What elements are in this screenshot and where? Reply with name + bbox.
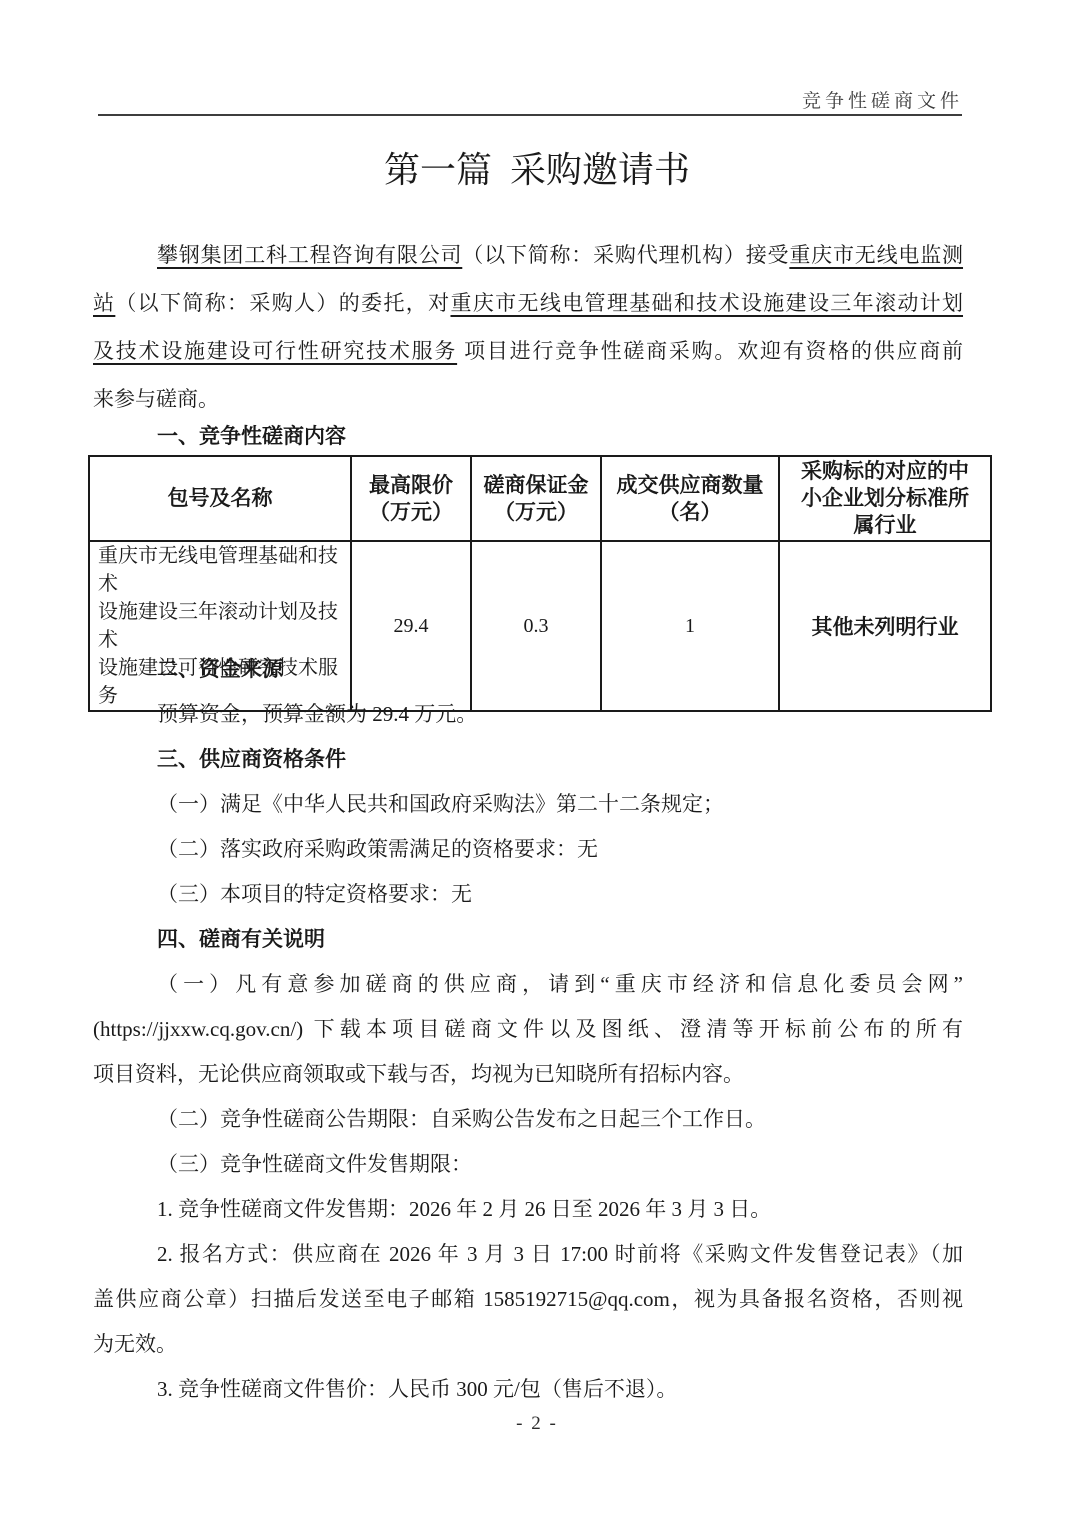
text-run: 项目资料，无论供应商领取或下载与否，均视为已知晓所有招标内容。 [93,1062,744,1086]
text-line: 项目资料，无论供应商领取或下载与否，均视为已知晓所有招标内容。 [93,1052,963,1097]
cell-line: （名） [610,499,770,526]
cell-line: 属行业 [788,512,982,539]
text-line: 及技术设施建设可行性研究技术服务 项目进行竞争性磋商采购。欢迎有资格的供应商前 [93,327,963,375]
table-header-row: 包号及名称 最高限价（万元） 磋商保证金（万元） 成交供应商数量（名） 采购标的… [89,456,991,541]
text-run: （一）凡有意参加磋商的供应商，请到“重庆市经济和信息化委员会网” [157,972,963,996]
header-cell-max-price: 最高限价（万元） [351,456,471,541]
page-title: 第一篇 采购邀请书 [0,142,1074,193]
text-run: 3. 竞争性磋商文件售价：人民币 300 元/包（售后不退）。 [157,1377,677,1401]
intro-paragraph: 攀钢集团工科工程咨询有限公司（以下简称：采购代理机构）接受重庆市无线电监测站（以… [93,231,963,423]
page-number: - 2 - [0,1412,1074,1436]
text-line: 攀钢集团工科工程咨询有限公司（以下简称：采购代理机构）接受重庆市无线电监测 [93,231,963,279]
text-line: 盖供应商公章）扫描后发送至电子邮箱 1585192715@qq.com，视为具备… [93,1277,963,1322]
running-header: 竞争性磋商文件 [802,86,963,113]
text-line: （三）本项目的特定资格要求：无 [93,872,963,917]
header-cell-package-name: 包号及名称 [89,456,351,541]
document-page: 竞争性磋商文件 第一篇 采购邀请书 攀钢集团工科工程咨询有限公司（以下简称：采购… [0,0,1074,1520]
text-line: （二）落实政府采购政策需满足的资格要求：无 [93,827,963,872]
header-cell-industry: 采购标的对应的中小企业划分标准所属行业 [779,456,991,541]
text-run: 2. 报名方式：供应商在 2026 年 3 月 3 日 17:00 时前将《采购… [157,1242,963,1266]
header-cell-deposit: 磋商保证金（万元） [471,456,601,541]
text-run: 盖供应商公章）扫描后发送至电子邮箱 1585192715@qq.com，视为具备… [93,1287,963,1311]
text-line: 站（以下简称：采购人）的委托，对重庆市无线电管理基础和技术设施建设三年滚动计划 [93,279,963,327]
text-line: 3. 竞争性磋商文件售价：人民币 300 元/包（售后不退）。 [93,1367,963,1412]
cell-line: 磋商保证金 [480,472,592,499]
text-line: 预算资金，预算金额为 29.4 万元。 [93,692,963,737]
underlined-text-run: 重庆市无线电监测 [789,243,963,267]
text-line: （一）凡有意参加磋商的供应商，请到“重庆市经济和信息化委员会网” [93,962,963,1007]
underlined-text-run: 攀钢集团工科工程咨询有限公司 [157,243,462,267]
text-run: （一）满足《中华人民共和国政府采购法》第二十二条规定； [157,792,724,816]
header-rule [98,114,962,116]
text-line: （三）竞争性磋商文件发售期限： [93,1142,963,1187]
cell-line: 设施建设三年滚动计划及技术 [98,598,342,654]
text-line: 1. 竞争性磋商文件发售期：2026 年 2 月 26 日至 2026 年 3 … [93,1187,963,1232]
cell-line: 成交供应商数量 [610,472,770,499]
text-run: （二）落实政府采购政策需满足的资格要求：无 [157,837,598,861]
text-line: 为无效。 [93,1322,963,1367]
cell-line: （万元） [480,499,592,526]
text-line: （一）满足《中华人民共和国政府采购法》第二十二条规定； [93,782,963,827]
underlined-text-run: 站 [93,291,115,315]
section-heading: 二、资金来源 [93,647,963,692]
text-run: （以下简称：采购代理机构）接受 [462,243,789,267]
underlined-text-run: 重庆市无线电管理基础和技术设施建设三年滚动计划 [450,291,963,315]
cell-line: 小企业划分标准所 [788,485,982,512]
header-cell-supplier-count: 成交供应商数量（名） [601,456,779,541]
text-run: （以下简称：采购人）的委托，对 [115,291,450,315]
cell-line: 采购标的对应的中 [788,458,982,485]
text-line: （二）竞争性磋商公告期限：自采购公告发布之日起三个工作日。 [93,1097,963,1142]
text-run: （二）竞争性磋商公告期限：自采购公告发布之日起三个工作日。 [157,1107,766,1131]
text-line: 2. 报名方式：供应商在 2026 年 3 月 3 日 17:00 时前将《采购… [93,1232,963,1277]
text-run: 1. 竞争性磋商文件发售期：2026 年 2 月 26 日至 2026 年 3 … [157,1197,771,1221]
text-run: （三）本项目的特定资格要求：无 [157,882,472,906]
text-run: 为无效。 [93,1332,177,1356]
text-run: 来参与磋商。 [93,387,219,411]
text-run: 四、磋商有关说明 [157,927,325,951]
section-1-heading: 一、竞争性磋商内容 [93,414,963,459]
document-body-sections: 二、资金来源预算资金，预算金额为 29.4 万元。三、供应商资格条件（一）满足《… [93,647,963,1412]
text-run: 三、供应商资格条件 [157,747,346,771]
text-run: (https://jjxxw.cq.gov.cn/) 下载本项目磋商文件以及图纸… [93,1017,963,1041]
text-run: （三）竞争性磋商文件发售期限： [157,1152,472,1176]
section-heading: 四、磋商有关说明 [93,917,963,962]
section-heading: 三、供应商资格条件 [93,737,963,782]
text-run: 二、资金来源 [157,657,283,681]
cell-line: 包号及名称 [98,485,342,512]
cell-line: 重庆市无线电管理基础和技术 [98,542,342,598]
text-line: (https://jjxxw.cq.gov.cn/) 下载本项目磋商文件以及图纸… [93,1007,963,1052]
cell-line: （万元） [360,499,462,526]
text-run: 项目进行竞争性磋商采购。欢迎有资格的供应商前 [457,339,963,363]
cell-line: 最高限价 [360,472,462,499]
text-run: 预算资金，预算金额为 29.4 万元。 [157,702,477,726]
underlined-text-run: 及技术设施建设可行性研究技术服务 [93,339,457,363]
